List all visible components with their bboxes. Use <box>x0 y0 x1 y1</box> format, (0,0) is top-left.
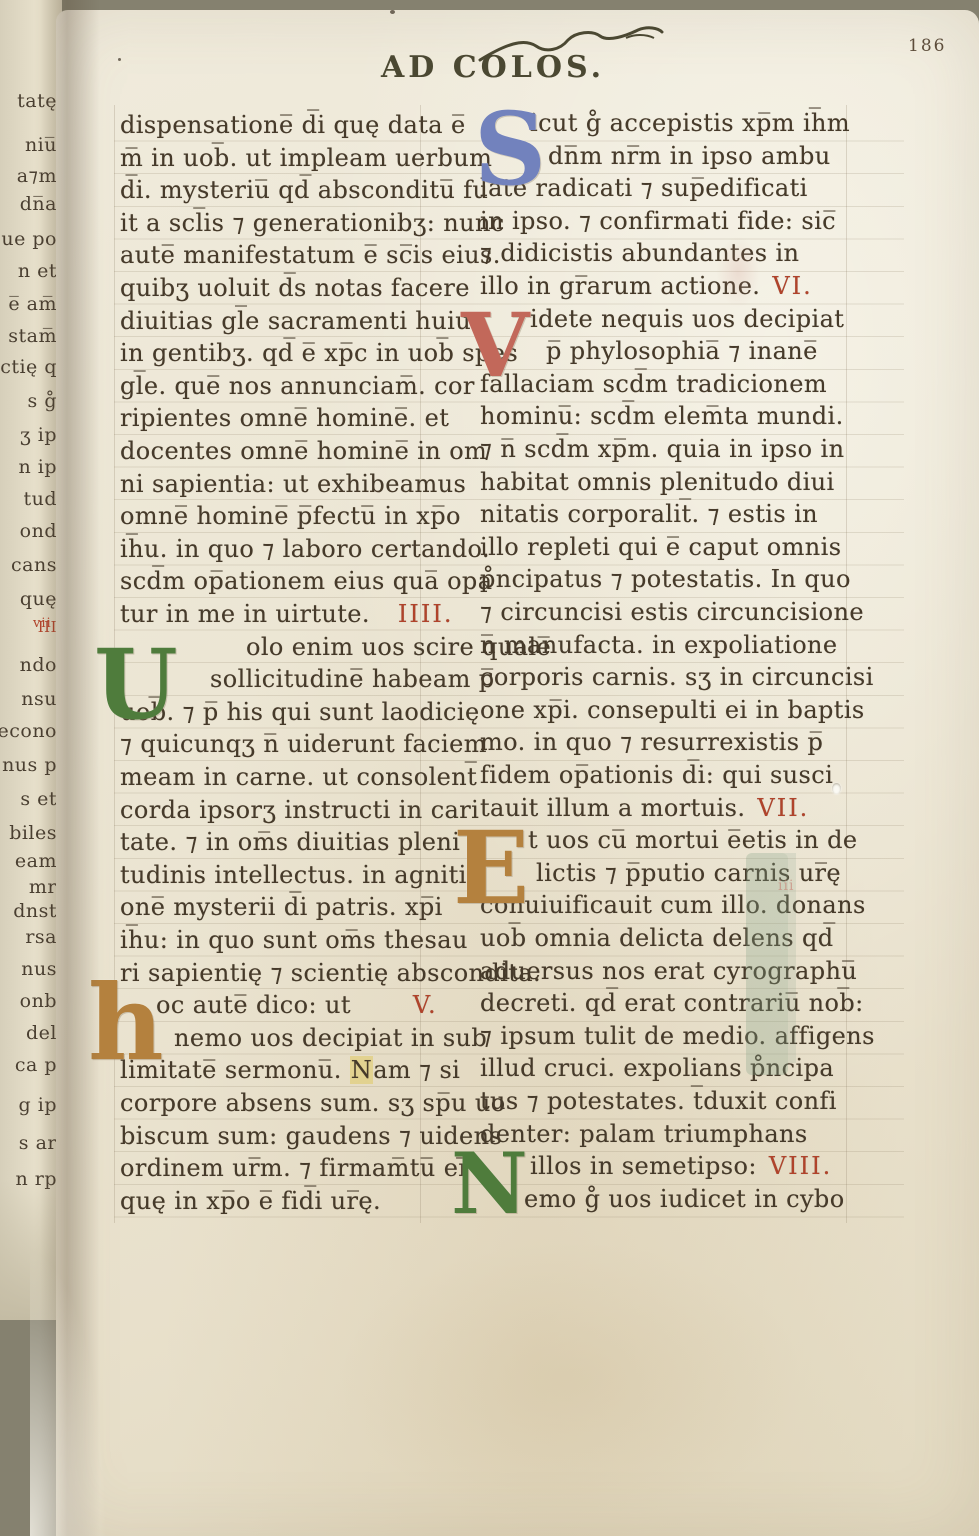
text-run: ni sapientia: ut exhibeamus <box>120 470 466 498</box>
chapter-number: VI. <box>772 272 812 300</box>
manuscript-page: AD COLOS. 186 dispensatione̅ d̅i quę dat… <box>56 10 979 1536</box>
text-run: docentes omne̅ homine̅ in om <box>120 437 487 465</box>
show-through-blob <box>716 236 760 308</box>
text-run: tate. ⁊ in om̅s diuitias pleni <box>120 828 460 856</box>
text-run: gl̅e. que̅ nos annunciam̅. cor <box>120 372 475 400</box>
text-line: biscum sum: gaudens ⁊ uidens <box>120 1120 502 1153</box>
text-line: illo in gr̅arum actione.VI. <box>480 270 813 303</box>
text-line: corporis carnis. sʒ in circuncisi <box>480 661 874 694</box>
chapter-number: V. <box>413 991 438 1019</box>
text-line: it a scl̅is ⁊ generationibʒ: nunc <box>120 207 505 240</box>
text-line: quibʒ uoluit d̅s notas facere <box>120 272 470 305</box>
text-line: corpore absens sum. sʒ sp̅u uo <box>120 1087 506 1120</box>
text-run: nemo uos decipiat in sub <box>174 1024 487 1052</box>
manuscript-photo: tatęniu̅a⁊mdn̅aue pon ete̅ am̅stam̅ctię … <box>0 0 979 1536</box>
chapter-number: IIII. <box>398 600 454 628</box>
text-run: p̊ncipatus ⁊ potestatis. In quo <box>480 565 851 593</box>
text-line: p̅ phylosophia̅ ⁊ inane̅ <box>480 335 818 368</box>
drop-cap-initial: N <box>451 1142 528 1226</box>
text-run: ⁊ ipsum tulit de medio. affigens <box>480 1022 875 1050</box>
text-run: in ipso. ⁊ confirmati fide: sic̅ <box>480 207 836 235</box>
text-run: tur in me in uirtute. <box>120 600 370 628</box>
text-run: dn̅m nr̅m in ipso ambu <box>548 142 831 170</box>
text-line: one̅ mysterii d̅i patris. xp̅i <box>120 891 443 924</box>
drop-cap-initial: U <box>94 637 178 733</box>
text-run: N <box>350 1056 373 1084</box>
ink-speck <box>390 10 395 14</box>
text-run: emo g̊ uos iudicet in cybo <box>524 1185 845 1213</box>
text-run: tudinis intellectus. in agniti <box>120 861 467 889</box>
text-run: illo repleti qui e̅ caput omnis <box>480 533 841 561</box>
text-run: ⁊ n̅ scd̅m xp̅m. quia in ipso in <box>480 435 844 463</box>
text-line: conuiuificauit cum illo. donans <box>480 889 866 922</box>
text-run: ripientes omne̅ homine̅. et <box>120 404 449 432</box>
text-run: habitat omnis plenitudo diui <box>480 468 835 496</box>
text-line: ordinem ur̅m. ⁊ firmam̅tu̅ ei̅ <box>120 1152 466 1185</box>
text-line: corda ipsorʒ instructi in cari <box>120 794 479 827</box>
text-line: habitat omnis plenitudo diui <box>480 466 835 499</box>
text-line: dispensatione̅ d̅i quę data e̅ <box>120 109 466 142</box>
text-line: diuitias gl̅e sacramenti huius <box>120 305 484 338</box>
text-run: quę in xp̅o e̅ fid̅i ur̅ę. <box>120 1187 381 1215</box>
text-run: hominu̅: scd̅m elem̅ta mundi. <box>480 402 844 430</box>
text-run: biscum sum: gaudens ⁊ uidens <box>120 1122 502 1150</box>
text-run: meam in carne. ut consolent̅ <box>120 763 477 791</box>
text-run: corda ipsorʒ instructi in cari <box>120 796 479 824</box>
text-line: n̅ manufacta. in expoliatione <box>480 629 838 662</box>
text-line: d̅i. mysteriu̅ qd̅ absconditu̅ fu <box>120 174 488 207</box>
text-run: in gentibʒ. qd̅ e̅ xp̅c in uob̅ spes <box>120 339 518 367</box>
text-run: tus ⁊ potestates. t̅duxit confi <box>480 1087 837 1115</box>
text-run: ⁊ circuncisi estis circuncisione <box>480 598 864 626</box>
text-run: aute̅ manifestatum e̅ sc̅is eius. <box>120 241 501 269</box>
chapter-number: VII. <box>757 794 809 822</box>
text-run: ih̅u. in quo ⁊ laboro certando. <box>120 535 490 563</box>
text-run: one̅ mysterii d̅i patris. xp̅i <box>120 893 443 921</box>
drop-cap-initial: V <box>461 301 529 389</box>
text-line: ni sapientia: ut exhibeamus <box>120 468 466 501</box>
text-column-right: icut g̊ accepistis xp̅m ih̅mdn̅m nr̅m in… <box>480 107 894 1215</box>
text-run: quibʒ uoluit d̅s notas facere <box>120 274 470 302</box>
text-run: ri sapientię ⁊ scientię abscondita. <box>120 959 541 987</box>
text-line: ripientes omne̅ homine̅. et <box>120 402 449 435</box>
text-column-left: dispensatione̅ d̅i quę data e̅m̅ in uob̅… <box>120 109 492 1217</box>
text-run: n̅ manufacta. in expoliatione <box>480 631 838 659</box>
drop-cap-initial: E <box>453 818 529 918</box>
text-run: corpore absens sum. sʒ sp̅u uo <box>120 1089 506 1117</box>
show-through-rubric: iii <box>778 878 794 894</box>
text-run: m̅ in uob̅. ut impleam uerbum <box>120 144 492 172</box>
text-line: ⁊ ipsum tulit de medio. affigens <box>480 1020 875 1053</box>
text-run: it a scl̅is ⁊ generationibʒ: nunc <box>120 209 505 237</box>
text-line: emo g̊ uos iudicet in cybo <box>480 1183 845 1216</box>
text-run: dispensatione̅ d̅i quę data e̅ <box>120 111 466 139</box>
chapter-number: VIII. <box>769 1152 832 1180</box>
text-line: ri sapientię ⁊ scientię abscondita. <box>120 957 541 990</box>
text-run: sollicitudine̅ habeam p̅ <box>210 665 495 693</box>
text-run: idete nequis uos decipiat <box>530 305 844 333</box>
text-line: aute̅ manifestatum e̅ sc̅is eius. <box>120 239 501 272</box>
text-line: p̊ncipatus ⁊ potestatis. In quo <box>480 563 851 596</box>
text-run: am ⁊ si <box>373 1056 460 1084</box>
text-run: ordinem ur̅m. ⁊ firmam̅tu̅ ei̅ <box>120 1154 466 1182</box>
text-line: ⁊ circuncisi estis circuncisione <box>480 596 864 629</box>
text-line: aduersus nos erat cyrographu̅ <box>480 955 857 988</box>
text-line: denter: palam triumphans <box>480 1118 808 1151</box>
text-run: ih̅u: in quo sunt om̅s thesau <box>120 926 468 954</box>
text-line: gl̅e. que̅ nos annunciam̅. cor <box>120 370 475 403</box>
text-line: ih̅u. in quo ⁊ laboro certando. <box>120 533 490 566</box>
text-run: denter: palam triumphans <box>480 1120 808 1148</box>
text-run: p̅ phylosophia̅ ⁊ inane̅ <box>546 337 818 365</box>
text-run: nitatis corporalit̅. ⁊ estis in <box>480 500 818 528</box>
text-run: decreti. qd̅ erat contrariu̅ nob̅: <box>480 989 864 1017</box>
text-run: t uos cu̅ mortui e̅etis in de <box>528 826 858 854</box>
text-line: meam in carne. ut consolent̅ <box>120 761 477 794</box>
text-line: one xp̅i. consepulti ei in baptis <box>480 694 865 727</box>
text-run: omne̅ homine̅ p̅fectu̅ in xp̅o <box>120 502 461 530</box>
running-title: AD COLOS. <box>381 50 605 85</box>
text-line: nemo uos decipiat in sub <box>120 1022 487 1055</box>
text-line: tudinis intellectus. in agniti <box>120 859 467 892</box>
text-line: limitate̅ sermonu̅. Nam ⁊ si <box>120 1054 460 1087</box>
text-line: fidem op̅ationis d̅i: qui susci <box>480 759 833 792</box>
text-line: m̅ in uob̅. ut impleam uerbum <box>120 142 492 175</box>
text-line: in ipso. ⁊ confirmati fide: sic̅ <box>480 205 836 238</box>
text-line: oc aute̅ dico: utV. <box>120 989 438 1022</box>
text-line: tauit illum a mortuis.VII. <box>480 792 809 825</box>
text-run: diuitias gl̅e sacramenti huius <box>120 307 484 335</box>
text-line: illo repleti qui e̅ caput omnis <box>480 531 841 564</box>
text-run: corporis carnis. sʒ in circuncisi <box>480 663 874 691</box>
text-run: d̅i. mysteriu̅ qd̅ absconditu̅ fu <box>120 176 488 204</box>
text-line: hominu̅: scd̅m elem̅ta mundi. <box>480 400 844 433</box>
text-line: tate. ⁊ in om̅s diuitias pleni <box>120 826 460 859</box>
text-run: fidem op̅ationis d̅i: qui susci <box>480 761 833 789</box>
text-run: illos in semetipso: <box>530 1152 757 1180</box>
parchment-stain <box>336 1240 806 1520</box>
text-run: lictis ⁊ p̅putio carnis ur̅ę <box>536 859 841 887</box>
text-line: nitatis corporalit̅. ⁊ estis in <box>480 498 818 531</box>
ink-speck <box>118 58 121 61</box>
text-run: mo. in quo ⁊ resurrexistis p̅ <box>480 728 823 756</box>
text-line: tur in me in uirtute.IIII. <box>120 598 453 631</box>
text-line: ⁊ n̅ scd̅m xp̅m. quia in ipso in <box>480 433 844 466</box>
text-line: illos in semetipso:VIII. <box>480 1150 832 1183</box>
text-line: fallaciam scd̅m tradicionem <box>480 368 827 401</box>
text-line: docentes omne̅ homine̅ in om <box>120 435 487 468</box>
text-run: fallaciam scd̅m tradicionem <box>480 370 827 398</box>
marginal-chapter-mark: vii <box>33 616 52 631</box>
drop-cap-initial: S <box>474 99 546 199</box>
folio-number: 186 <box>908 36 946 56</box>
text-line: decreti. qd̅ erat contrariu̅ nob̅: <box>480 987 864 1020</box>
parchment-hole <box>832 783 841 794</box>
text-run: aduersus nos erat cyrographu̅ <box>480 957 857 985</box>
text-line: scd̅m op̅ationem eius qua̅ opa <box>120 565 492 598</box>
text-line: ih̅u: in quo sunt om̅s thesau <box>120 924 468 957</box>
text-run: scd̅m op̅ationem eius qua̅ opa <box>120 567 492 595</box>
text-run: conuiuificauit cum illo. donans <box>480 891 866 919</box>
text-line: idete nequis uos decipiat <box>480 303 844 336</box>
text-run: oc aute̅ dico: ut <box>156 991 351 1019</box>
text-line: omne̅ homine̅ p̅fectu̅ in xp̅o <box>120 500 461 533</box>
text-line: t uos cu̅ mortui e̅etis in de <box>480 824 858 857</box>
text-run: one xp̅i. consepulti ei in baptis <box>480 696 865 724</box>
text-line: quę in xp̅o e̅ fid̅i ur̅ę. <box>120 1185 381 1218</box>
text-run: icut g̊ accepistis xp̅m ih̅m <box>530 109 850 137</box>
text-line: tus ⁊ potestates. t̅duxit confi <box>480 1085 837 1118</box>
text-line: mo. in quo ⁊ resurrexistis p̅ <box>480 726 823 759</box>
text-line: in gentibʒ. qd̅ e̅ xp̅c in uob̅ spes <box>120 337 518 370</box>
page-corner-curl <box>30 1200 120 1536</box>
